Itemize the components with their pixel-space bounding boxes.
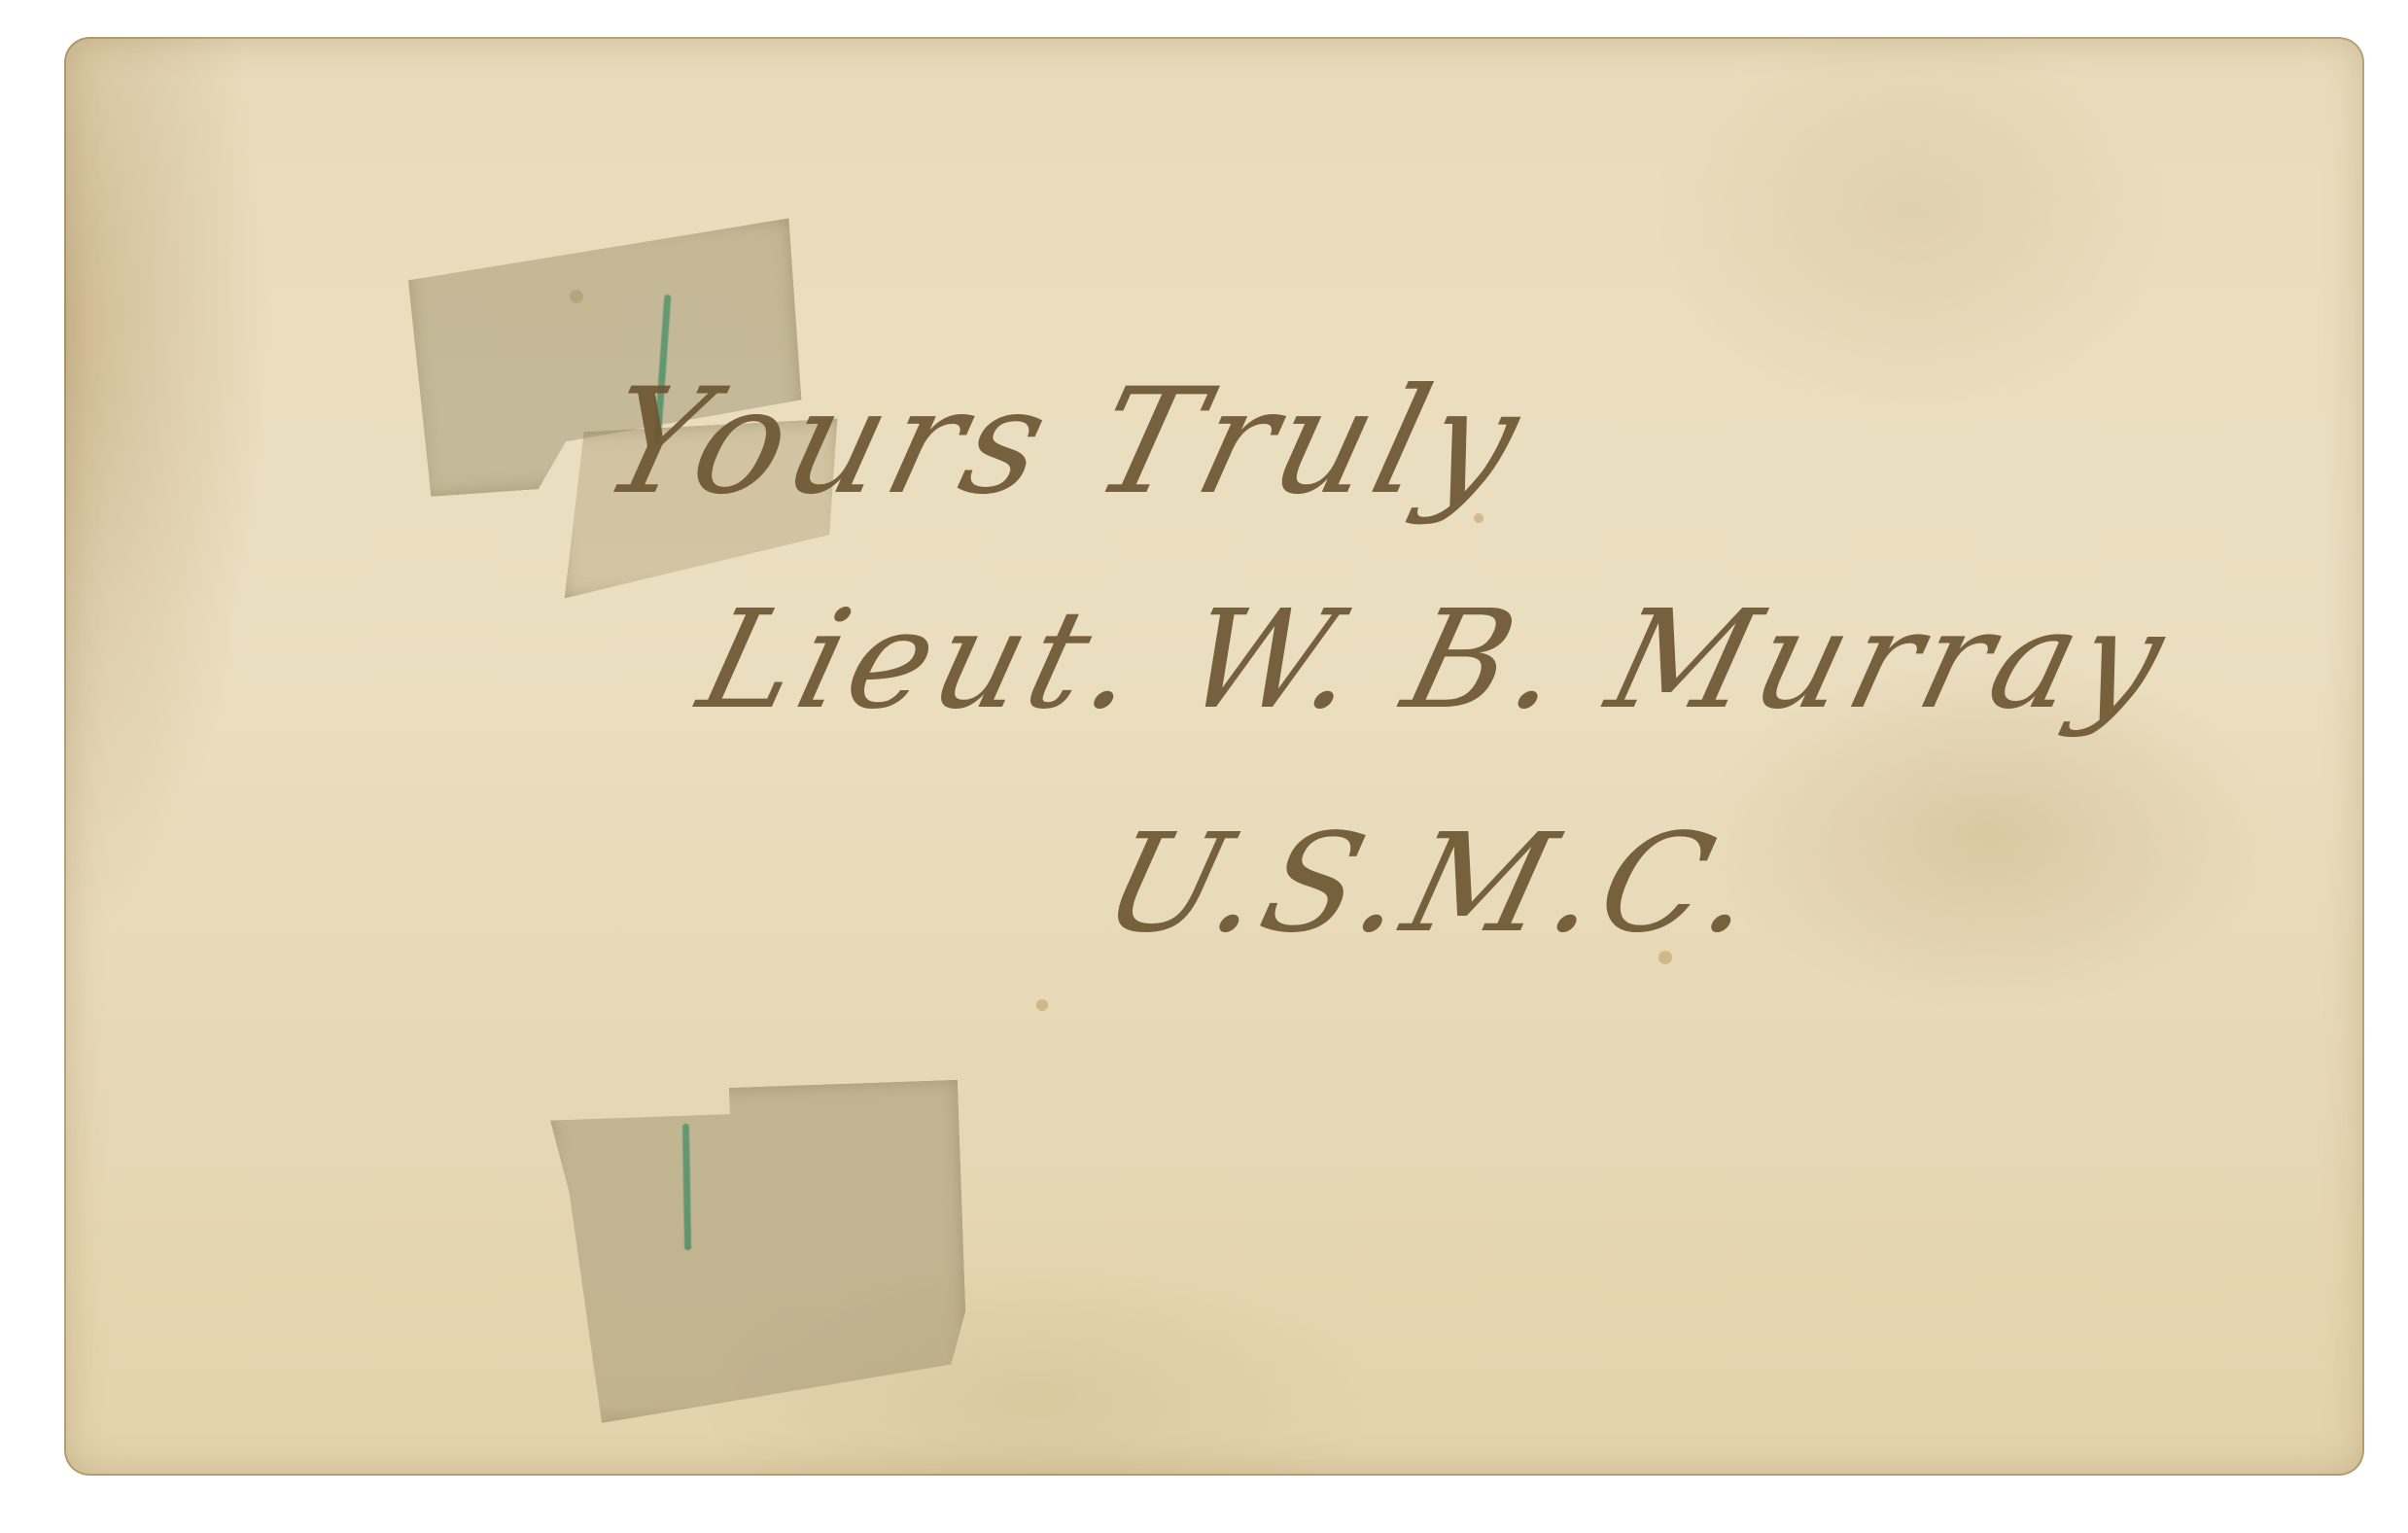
inscription-affiliation: U.S.M.C. <box>1090 805 1778 963</box>
inscription-name: Lieut. W. B. Murray <box>686 581 2184 740</box>
foxing-stain <box>1036 999 1048 1011</box>
inscription-closing: Yours Truly <box>587 358 1540 527</box>
card-back: Yours Truly Lieut. W. B. Murray U.S.M.C. <box>64 37 2364 1476</box>
tape-remnant-bottom <box>549 1080 969 1424</box>
